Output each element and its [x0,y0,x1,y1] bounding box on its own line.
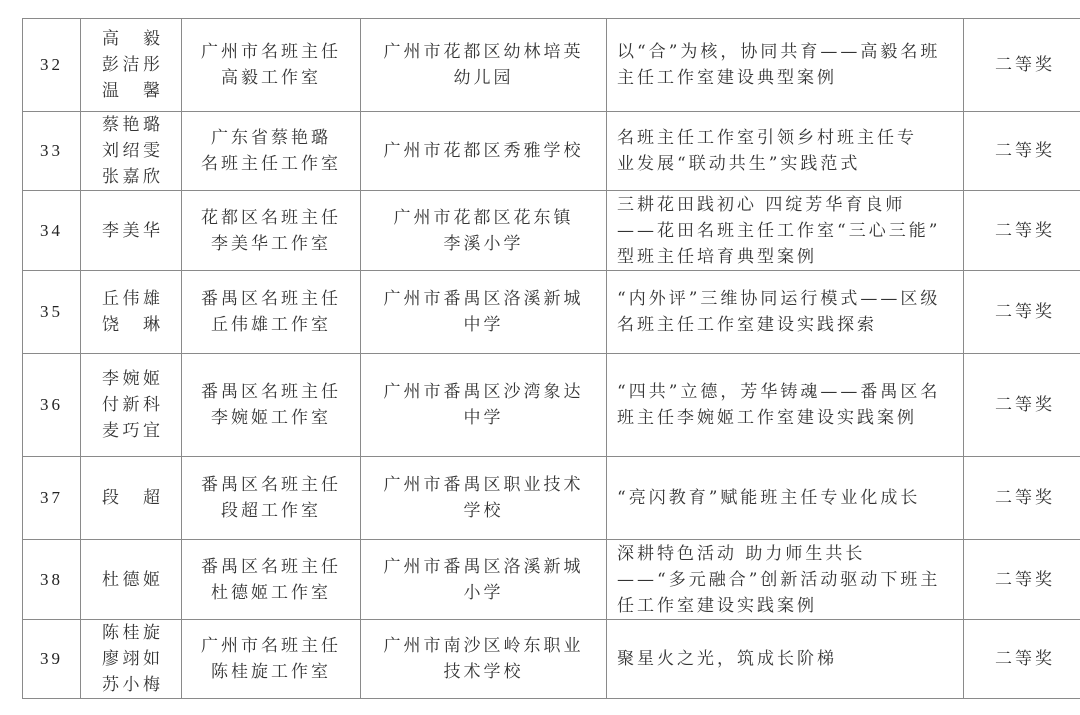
title-line: 名班主任工作室建设实践探索 [617,312,957,338]
names-cell: 杜德姬 [81,540,182,620]
award-cell: 二等奖 [964,540,1080,620]
title-line: ——花田名班主任工作室“三心三能” [617,218,957,244]
person-name: 李美华 [102,218,160,244]
unit-line: 广州市花都区幼林培英 [361,39,606,65]
title-line: 任工作室建设实践案例 [617,593,957,619]
studio-line: 李婉姬工作室 [182,405,360,431]
table-row: 32高 毅彭洁彤温 馨广州市名班主任高毅工作室广州市花都区幼林培英幼儿园以“合”… [23,19,1080,112]
studio-line: 番禺区名班主任 [182,472,360,498]
person-name: 陈桂旋 [102,620,160,646]
unit-line: 广州市南沙区岭东职业 [361,633,606,659]
table-row: 39陈桂旋廖翊如苏小梅广州市名班主任陈桂旋工作室广州市南沙区岭东职业技术学校聚星… [23,620,1080,699]
table-row: 34李美华花都区名班主任李美华工作室广州市花都区花东镇李溪小学三耕花田践初心 四… [23,191,1080,271]
person-name: 彭洁彤 [102,52,160,78]
studio-cell: 广东省蔡艳璐名班主任工作室 [182,112,361,191]
studio-line: 丘伟雄工作室 [182,312,360,338]
studio-line: 番禺区名班主任 [182,379,360,405]
award-table-body: 32高 毅彭洁彤温 馨广州市名班主任高毅工作室广州市花都区幼林培英幼儿园以“合”… [23,19,1080,699]
row-number-cell: 34 [23,191,81,271]
unit-line: 广州市花都区花东镇 [361,205,606,231]
row-number-cell: 33 [23,112,81,191]
award-table: 32高 毅彭洁彤温 馨广州市名班主任高毅工作室广州市花都区幼林培英幼儿园以“合”… [22,18,1080,699]
unit-line: 李溪小学 [361,231,606,257]
case-title-cell: 深耕特色活动 助力师生共长——“多元融合”创新活动驱动下班主任工作室建设实践案例 [607,540,964,620]
unit-line: 广州市番禺区洛溪新城 [361,286,606,312]
unit-cell: 广州市花都区幼林培英幼儿园 [361,19,607,112]
award-cell: 二等奖 [964,457,1080,540]
case-title-cell: “内外评”三维协同运行模式——区级名班主任工作室建设实践探索 [607,271,964,354]
row-number-cell: 35 [23,271,81,354]
unit-line: 广州市番禺区沙湾象达 [361,379,606,405]
award-cell: 二等奖 [964,271,1080,354]
person-name: 麦巧宜 [102,418,160,444]
case-title-cell: “四共”立德，芳华铸魂——番禺区名班主任李婉姬工作室建设实践案例 [607,354,964,457]
award-cell: 二等奖 [964,112,1080,191]
person-name: 饶 琳 [102,312,160,338]
studio-line: 广东省蔡艳璐 [182,125,360,151]
case-title-cell: “亮闪教育”赋能班主任专业化成长 [607,457,964,540]
title-line: 聚星火之光，筑成长阶梯 [617,646,957,672]
title-line: 名班主任工作室引领乡村班主任专 [617,125,957,151]
table-row: 38杜德姬番禺区名班主任杜德姬工作室广州市番禺区洛溪新城小学深耕特色活动 助力师… [23,540,1080,620]
title-line: 深耕特色活动 助力师生共长 [617,541,957,567]
title-line: 型班主任培育典型案例 [617,244,957,270]
studio-cell: 花都区名班主任李美华工作室 [182,191,361,271]
unit-line: 中学 [361,405,606,431]
studio-cell: 番禺区名班主任丘伟雄工作室 [182,271,361,354]
names-list: 杜德姬 [102,567,160,593]
award-cell: 二等奖 [964,620,1080,699]
studio-line: 杜德姬工作室 [182,580,360,606]
unit-cell: 广州市番禺区洛溪新城中学 [361,271,607,354]
title-line: 三耕花田践初心 四绽芳华育良师 [617,192,957,218]
studio-line: 李美华工作室 [182,231,360,257]
studio-cell: 广州市名班主任高毅工作室 [182,19,361,112]
table-row: 33蔡艳璐刘绍雯张嘉欣广东省蔡艳璐名班主任工作室广州市花都区秀雅学校名班主任工作… [23,112,1080,191]
award-cell: 二等奖 [964,354,1080,457]
person-name: 刘绍雯 [102,138,160,164]
unit-line: 学校 [361,498,606,524]
person-name: 段 超 [102,485,160,511]
title-line: “四共”立德，芳华铸魂——番禺区名 [617,379,957,405]
studio-cell: 广州市名班主任陈桂旋工作室 [182,620,361,699]
names-cell: 丘伟雄饶 琳 [81,271,182,354]
studio-line: 广州市名班主任 [182,633,360,659]
studio-line: 陈桂旋工作室 [182,659,360,685]
unit-line: 幼儿园 [361,65,606,91]
title-line: 班主任李婉姬工作室建设实践案例 [617,405,957,431]
person-name: 蔡艳璐 [102,112,160,138]
studio-line: 广州市名班主任 [182,39,360,65]
studio-line: 花都区名班主任 [182,205,360,231]
studio-line: 段超工作室 [182,498,360,524]
studio-cell: 番禺区名班主任段超工作室 [182,457,361,540]
person-name: 丘伟雄 [102,286,160,312]
table-row: 37段 超番禺区名班主任段超工作室广州市番禺区职业技术学校“亮闪教育”赋能班主任… [23,457,1080,540]
title-line: 主任工作室建设典型案例 [617,65,957,91]
unit-line: 广州市番禺区职业技术 [361,472,606,498]
case-title-cell: 聚星火之光，筑成长阶梯 [607,620,964,699]
studio-cell: 番禺区名班主任杜德姬工作室 [182,540,361,620]
person-name: 杜德姬 [102,567,160,593]
title-line: ——“多元融合”创新活动驱动下班主 [617,567,957,593]
names-cell: 李美华 [81,191,182,271]
unit-cell: 广州市番禺区职业技术学校 [361,457,607,540]
person-name: 苏小梅 [102,672,160,698]
title-line: 以“合”为核，协同共育——高毅名班 [617,39,957,65]
person-name: 温 馨 [102,78,160,104]
names-cell: 蔡艳璐刘绍雯张嘉欣 [81,112,182,191]
names-list: 李美华 [102,218,160,244]
names-list: 段 超 [102,485,160,511]
person-name: 廖翊如 [102,646,160,672]
unit-line: 小学 [361,580,606,606]
names-cell: 李婉姬付新科麦巧宜 [81,354,182,457]
person-name: 高 毅 [102,26,160,52]
unit-line: 广州市番禺区洛溪新城 [361,554,606,580]
unit-cell: 广州市花都区秀雅学校 [361,112,607,191]
row-number-cell: 38 [23,540,81,620]
case-title-cell: 以“合”为核，协同共育——高毅名班主任工作室建设典型案例 [607,19,964,112]
table-row: 35丘伟雄饶 琳番禺区名班主任丘伟雄工作室广州市番禺区洛溪新城中学“内外评”三维… [23,271,1080,354]
row-number-cell: 37 [23,457,81,540]
names-list: 高 毅彭洁彤温 馨 [102,26,160,104]
award-cell: 二等奖 [964,19,1080,112]
studio-line: 番禺区名班主任 [182,286,360,312]
unit-cell: 广州市南沙区岭东职业技术学校 [361,620,607,699]
unit-cell: 广州市花都区花东镇李溪小学 [361,191,607,271]
names-list: 蔡艳璐刘绍雯张嘉欣 [102,112,160,190]
title-line: “亮闪教育”赋能班主任专业化成长 [617,485,957,511]
studio-line: 高毅工作室 [182,65,360,91]
person-name: 张嘉欣 [102,164,160,190]
studio-line: 名班主任工作室 [182,151,360,177]
unit-line: 广州市花都区秀雅学校 [361,138,606,164]
names-list: 陈桂旋廖翊如苏小梅 [102,620,160,698]
title-line: 业发展“联动共生”实践范式 [617,151,957,177]
names-cell: 高 毅彭洁彤温 馨 [81,19,182,112]
person-name: 付新科 [102,392,160,418]
unit-line: 中学 [361,312,606,338]
award-cell: 二等奖 [964,191,1080,271]
names-cell: 段 超 [81,457,182,540]
unit-cell: 广州市番禺区沙湾象达中学 [361,354,607,457]
unit-line: 技术学校 [361,659,606,685]
names-list: 丘伟雄饶 琳 [102,286,160,338]
row-number-cell: 36 [23,354,81,457]
person-name: 李婉姬 [102,366,160,392]
case-title-cell: 三耕花田践初心 四绽芳华育良师——花田名班主任工作室“三心三能”型班主任培育典型… [607,191,964,271]
table-row: 36李婉姬付新科麦巧宜番禺区名班主任李婉姬工作室广州市番禺区沙湾象达中学“四共”… [23,354,1080,457]
row-number-cell: 39 [23,620,81,699]
studio-cell: 番禺区名班主任李婉姬工作室 [182,354,361,457]
title-line: “内外评”三维协同运行模式——区级 [617,286,957,312]
names-cell: 陈桂旋廖翊如苏小梅 [81,620,182,699]
row-number-cell: 32 [23,19,81,112]
unit-cell: 广州市番禺区洛溪新城小学 [361,540,607,620]
case-title-cell: 名班主任工作室引领乡村班主任专业发展“联动共生”实践范式 [607,112,964,191]
names-list: 李婉姬付新科麦巧宜 [102,366,160,444]
studio-line: 番禺区名班主任 [182,554,360,580]
